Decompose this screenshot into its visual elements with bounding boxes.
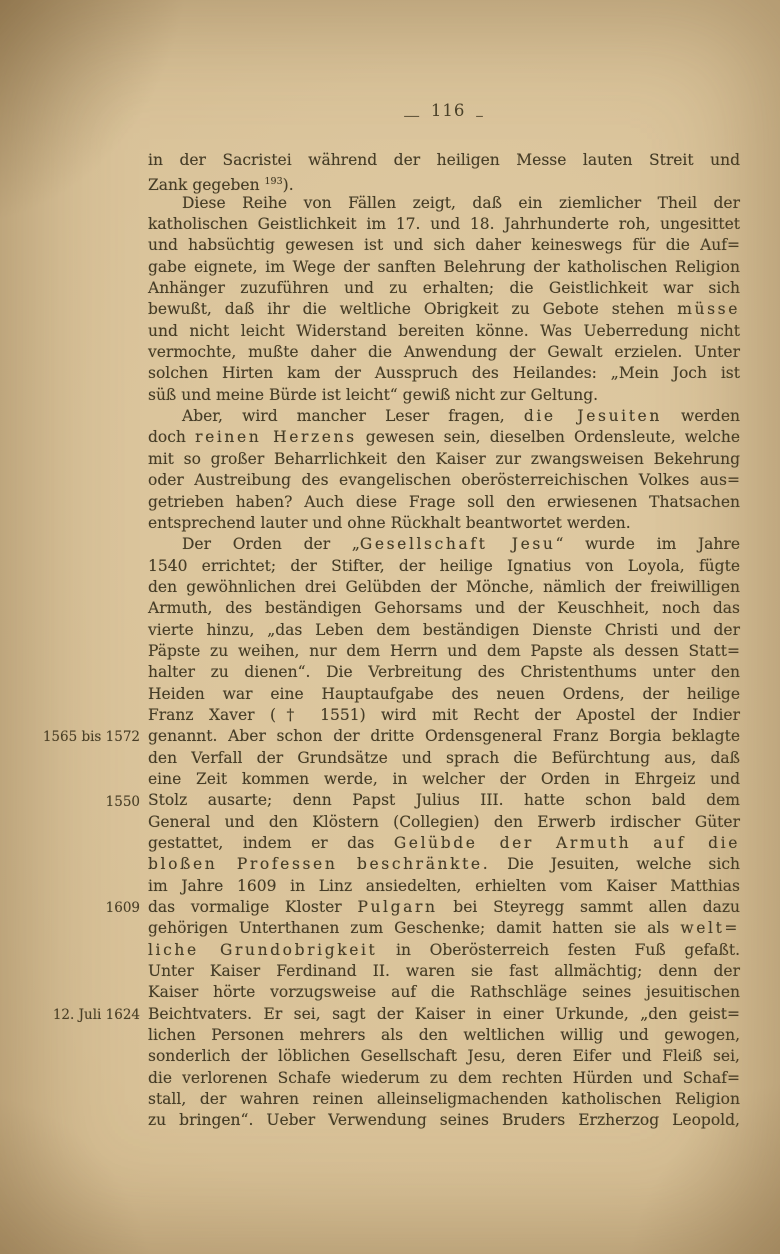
text-segment: Kaiser hörte vorzugsweise auf die Rathsc… — [148, 983, 740, 1001]
text-line: Franz Xaver († 1551) wird mit Recht der … — [148, 705, 740, 726]
text-segment: liche Grundobrigkeit — [148, 941, 377, 959]
page-number-rule-left: — — [403, 106, 421, 125]
text-segment: in der Sacristei während der heiligen Me… — [148, 151, 740, 169]
text-line: doch reinen Herzens gewesen sein, diesel… — [148, 427, 740, 448]
text-line: Beichtvaters. Er sei, sagt der Kaiser in… — [148, 1004, 740, 1025]
text-segment: vierte hinzu, „das Leben dem beständigen… — [148, 621, 740, 639]
text-segment: Der Orden der „ — [182, 535, 360, 553]
text-segment: Beichtvaters. Er sei, sagt der Kaiser in… — [148, 1005, 740, 1023]
text-line: in der Sacristei während der heiligen Me… — [148, 150, 740, 171]
text-line: genannt. Aber schon der dritte Ordensgen… — [148, 726, 740, 747]
text-segment: lichen Personen mehrers als den weltlich… — [148, 1026, 740, 1044]
text-segment: müsse — [677, 300, 740, 318]
text-line: und nicht leicht Widerstand bereiten kön… — [148, 321, 740, 342]
text-segment: welt= — [680, 919, 740, 937]
text-segment: doch — [148, 428, 195, 446]
text-segment: ). — [283, 176, 294, 194]
text-segment: bewußt, daß ihr die weltliche Obrigkeit … — [148, 300, 677, 318]
text-segment: und habsüchtig gewesen ist und sich dahe… — [148, 236, 740, 254]
text-segment: genannt. Aber schon der dritte Ordensgen… — [148, 727, 740, 745]
page-number: —116– — [148, 101, 740, 120]
text-segment: mit so großer Beharrlichkeit den Kaiser … — [148, 450, 740, 468]
text-segment: bloßen Professen beschränkte. — [148, 855, 490, 873]
body-text: in der Sacristei während der heiligen Me… — [148, 150, 740, 1132]
text-segment: getrieben haben? Auch diese Frage soll d… — [148, 493, 740, 511]
text-line: katholischen Geistlichkeit im 17. und 18… — [148, 214, 740, 235]
text-segment: “ wurde im Jahre — [556, 535, 740, 553]
text-segment: süß und meine Bürde ist leicht“ gewiß ni… — [148, 386, 598, 404]
text-line: Unter Kaiser Ferdinand II. waren sie fas… — [148, 961, 740, 982]
text-segment: im Jahre 1609 in Linz ansiedelten, erhie… — [148, 877, 740, 895]
text-line: sonderlich der löblichen Gesellschaft Je… — [148, 1046, 740, 1067]
text-line: den Verfall der Grundsätze und sprach di… — [148, 748, 740, 769]
text-segment: Aber, wird mancher Leser fragen, — [182, 407, 524, 425]
text-segment: und nicht leicht Widerstand bereiten kön… — [148, 322, 740, 340]
text-segment: zu bringen“. Ueber Verwendung seines Bru… — [148, 1111, 740, 1129]
text-line: Kaiser hörte vorzugsweise auf die Rathsc… — [148, 982, 740, 1003]
text-line: General und den Klöstern (Collegien) den… — [148, 812, 740, 833]
margin-date: 12. Juli 1624 — [28, 1005, 140, 1026]
text-line: oder Austreibung des evangelischen oberö… — [148, 470, 740, 491]
text-line: Stolz ausarte; denn Papst Julius III. ha… — [148, 790, 740, 811]
text-line: den gewöhnlichen drei Gelübden der Mönch… — [148, 577, 740, 598]
text-segment: Anhänger zuzuführen und zu erhalten; die… — [148, 279, 740, 297]
text-line: Armuth, des beständigen Gehorsams und de… — [148, 598, 740, 619]
text-segment: Pulgarn — [357, 898, 437, 916]
text-line: Zank gegeben 193). — [148, 171, 740, 192]
text-line: süß und meine Bürde ist leicht“ gewiß ni… — [148, 385, 740, 406]
text-segment: Zank gegeben — [148, 176, 265, 194]
text-segment: entsprechend lauter und ohne Rückhalt be… — [148, 514, 631, 532]
text-line: bewußt, daß ihr die weltliche Obrigkeit … — [148, 299, 740, 320]
text-segment: gewesen sein, dieselben Ordensleute, wel… — [357, 428, 740, 446]
text-line: und habsüchtig gewesen ist und sich dahe… — [148, 235, 740, 256]
text-segment: werden — [662, 407, 740, 425]
text-segment: gabe eignete, im Wege der sanften Belehr… — [148, 258, 740, 276]
footnote-reference: 193 — [265, 176, 283, 187]
text-segment: Heiden war eine Hauptaufgabe des neuen O… — [148, 685, 740, 703]
text-line: stall, der wahren reinen alleinseligmach… — [148, 1089, 740, 1110]
text-line: gestattet, indem er das Gelübde der Armu… — [148, 833, 740, 854]
text-segment: Diese Reihe von Fällen zeigt, daß ein zi… — [182, 194, 740, 212]
text-line: gabe eignete, im Wege der sanften Belehr… — [148, 257, 740, 278]
text-segment: oder Austreibung des evangelischen oberö… — [148, 471, 740, 489]
text-line: bloßen Professen beschränkte. Die Jesuit… — [148, 854, 740, 875]
text-segment: den Verfall der Grundsätze und sprach di… — [148, 749, 740, 767]
text-segment: die verlorenen Schafe wiederum zu dem re… — [148, 1069, 740, 1087]
text-line: mit so großer Beharrlichkeit den Kaiser … — [148, 449, 740, 470]
text-line: Heiden war eine Hauptaufgabe des neuen O… — [148, 684, 740, 705]
text-segment: solchen Hirten kam der Ausspruch des Hei… — [148, 364, 740, 382]
text-line: entsprechend lauter und ohne Rückhalt be… — [148, 513, 740, 534]
text-segment: vermochte, mußte daher die Anwendung der… — [148, 343, 740, 361]
text-segment: Gesellschaft Jesu — [360, 535, 556, 553]
text-line: halter zu dienen“. Die Verbreitung des C… — [148, 662, 740, 683]
text-segment: stall, der wahren reinen alleinseligmach… — [148, 1090, 740, 1108]
text-segment: sonderlich der löblichen Gesellschaft Je… — [148, 1047, 740, 1065]
text-segment: bei Steyregg sammt allen dazu — [438, 898, 740, 916]
margin-date: 1609 — [28, 898, 140, 919]
text-line: Der Orden der „Gesellschaft Jesu“ wurde … — [148, 534, 740, 555]
text-line: Diese Reihe von Fällen zeigt, daß ein zi… — [148, 193, 740, 214]
text-line: 1540 errichtet; der Stifter, der heilige… — [148, 556, 740, 577]
text-segment: Päpste zu weihen, nur dem Herrn und dem … — [148, 642, 740, 660]
text-segment: reinen Herzens — [195, 428, 357, 446]
page-number-rule-right: – — [475, 106, 484, 125]
text-line: gehörigen Unterthanen zum Geschenke; dam… — [148, 918, 740, 939]
text-segment: Franz Xaver († 1551) wird mit Recht der … — [148, 706, 740, 724]
text-line: das vormalige Kloster Pulgarn bei Steyre… — [148, 897, 740, 918]
page-number-value: 116 — [421, 101, 476, 121]
text-segment: Armuth, des beständigen Gehorsams und de… — [148, 599, 740, 617]
text-segment: gestattet, indem er das — [148, 834, 394, 852]
text-line: Anhänger zuzuführen und zu erhalten; die… — [148, 278, 740, 299]
text-segment: General und den Klöstern (Collegien) den… — [148, 813, 740, 831]
text-segment: halter zu dienen“. Die Verbreitung des C… — [148, 663, 740, 681]
text-segment: die Jesuiten — [524, 407, 662, 425]
text-segment: gehörigen Unterthanen zum Geschenke; dam… — [148, 919, 680, 937]
text-line: zu bringen“. Ueber Verwendung seines Bru… — [148, 1110, 740, 1131]
text-line: vierte hinzu, „das Leben dem beständigen… — [148, 620, 740, 641]
text-line: Aber, wird mancher Leser fragen, die Jes… — [148, 406, 740, 427]
text-line: getrieben haben? Auch diese Frage soll d… — [148, 492, 740, 513]
text-segment: in Oberösterreich festen Fuß gefaßt. — [377, 941, 740, 959]
book-page-scan: —116– 1565 bis 15721550160912. Juli 1624… — [0, 0, 780, 1254]
text-segment: Gelübde der Armuth auf die — [394, 834, 740, 852]
margin-date: 1550 — [28, 792, 140, 813]
margin-date: 1565 bis 1572 — [28, 727, 140, 748]
text-line: solchen Hirten kam der Ausspruch des Hei… — [148, 363, 740, 384]
text-line: im Jahre 1609 in Linz ansiedelten, erhie… — [148, 876, 740, 897]
text-line: liche Grundobrigkeit in Oberösterreich f… — [148, 940, 740, 961]
text-line: eine Zeit kommen werde, in welcher der O… — [148, 769, 740, 790]
text-segment: das vormalige Kloster — [148, 898, 357, 916]
text-segment: eine Zeit kommen werde, in welcher der O… — [148, 770, 740, 788]
text-line: Päpste zu weihen, nur dem Herrn und dem … — [148, 641, 740, 662]
text-line: vermochte, mußte daher die Anwendung der… — [148, 342, 740, 363]
text-line: die verlorenen Schafe wiederum zu dem re… — [148, 1068, 740, 1089]
text-segment: Unter Kaiser Ferdinand II. waren sie fas… — [148, 962, 740, 980]
margin-dates-column: 1565 bis 15721550160912. Juli 1624 — [28, 150, 140, 1150]
text-segment: Die Jesuiten, welche sich — [490, 855, 740, 873]
text-line: lichen Personen mehrers als den weltlich… — [148, 1025, 740, 1046]
text-segment: den gewöhnlichen drei Gelübden der Mönch… — [148, 578, 740, 596]
text-segment: katholischen Geistlichkeit im 17. und 18… — [148, 215, 740, 233]
text-segment: 1540 errichtet; der Stifter, der heilige… — [148, 557, 740, 575]
text-segment: Stolz ausarte; denn Papst Julius III. ha… — [148, 791, 740, 809]
